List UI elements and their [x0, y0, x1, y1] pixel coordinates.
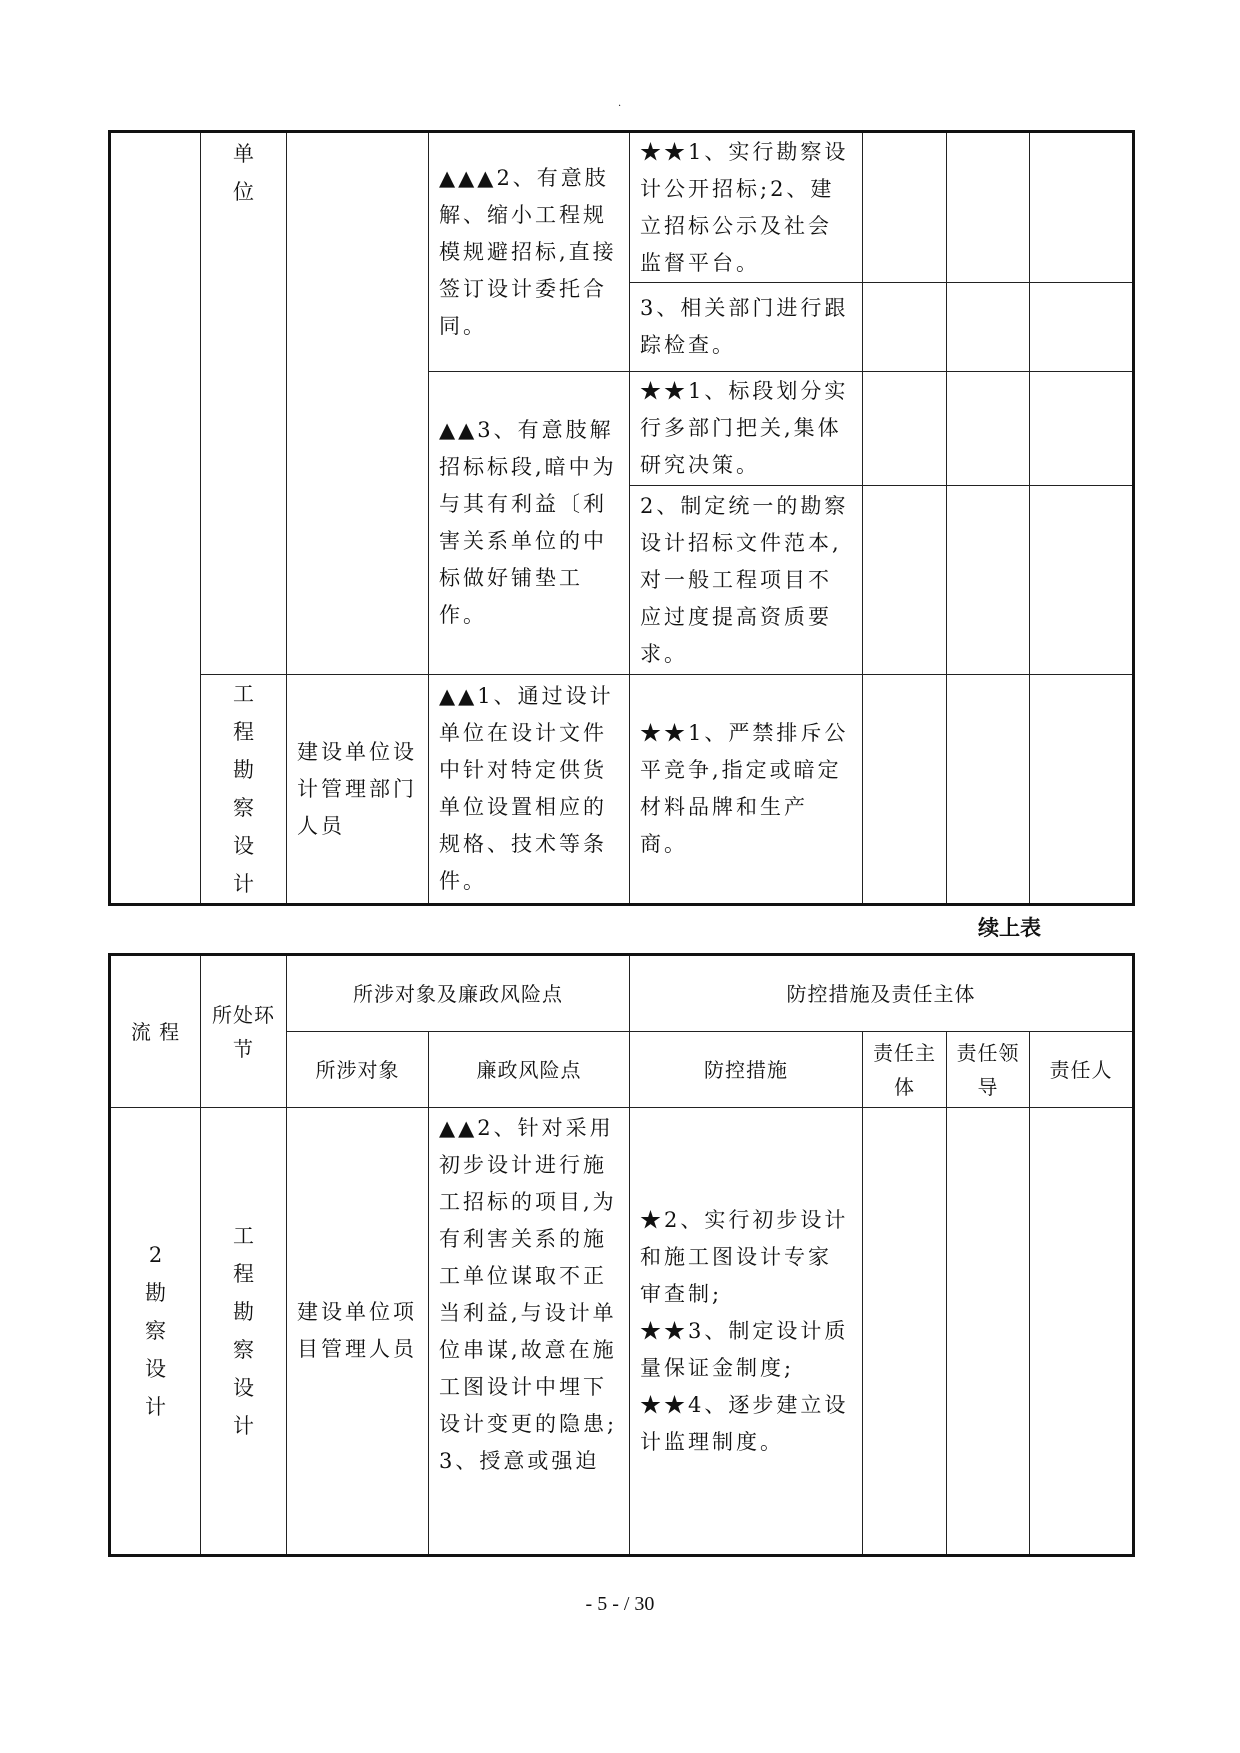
risk-cell: ▲▲3、有意肢解招标标段,暗中为与其有利益〔利害关系单位的中标做好铺垫工作。	[429, 372, 630, 675]
measure-item: ★★3、制定设计质量保证金制度;	[640, 1313, 852, 1387]
resp-leader-cell	[947, 675, 1030, 905]
resp-leader-cell	[947, 132, 1030, 283]
measure-cell: ★★1、标段划分实行多部门把关,集体研究决策。	[630, 372, 863, 486]
header-process: 流 程	[110, 955, 201, 1108]
risk-table-part2: 流 程 所处环节 所涉对象及廉政风险点 防控措施及责任主体 所涉对象 廉政风险点…	[108, 953, 1135, 1557]
resp-subject-cell	[863, 283, 947, 372]
measure-item: ★2、实行初步设计和施工图设计专家审查制;	[640, 1202, 852, 1313]
stage-cell: 工程勘察设计	[201, 675, 287, 905]
measure-item: ★★4、逐步建立设计监理制度。	[640, 1387, 852, 1461]
resp-person-cell	[1030, 372, 1134, 486]
resp-subject-cell	[863, 132, 947, 283]
resp-person-cell	[1030, 675, 1134, 905]
resp-person-cell	[1030, 486, 1134, 675]
header-object: 所涉对象	[287, 1032, 429, 1108]
resp-subject-cell	[863, 486, 947, 675]
page-number: - 5 - / 30	[0, 1593, 1240, 1616]
measure-cell: ★★1、实行勘察设计公开招标;2、建立招标公示及社会监督平台。	[630, 132, 863, 283]
measure-cell: ★2、实行初步设计和施工图设计专家审查制; ★★3、制定设计质量保证金制度; ★…	[630, 1108, 863, 1556]
header-resp-leader: 责任领导	[947, 1032, 1030, 1108]
resp-person-cell	[1030, 1108, 1134, 1556]
header-measure: 防控措施	[630, 1032, 863, 1108]
resp-subject-cell	[863, 675, 947, 905]
header-resp-subject: 责任主体	[863, 1032, 947, 1108]
object-cell: 建设单位设计管理部门人员	[287, 675, 429, 905]
resp-leader-cell	[947, 1108, 1030, 1556]
process-cell-empty	[110, 132, 201, 905]
risk-cell: ▲▲2、针对采用初步设计进行施工招标的项目,为有利害关系的施工单位谋取不正当利益…	[429, 1108, 630, 1556]
resp-subject-cell	[863, 372, 947, 486]
header-mark: .	[618, 98, 621, 109]
object-cell-empty	[287, 132, 429, 675]
stage-cell-unit: 单位	[201, 132, 287, 675]
measure-cell: ★★1、严禁排斥公平竞争,指定或暗定材料品牌和生产商。	[630, 675, 863, 905]
process-cell: 2勘察设计	[110, 1108, 201, 1556]
resp-leader-cell	[947, 486, 1030, 675]
resp-person-cell	[1030, 132, 1134, 283]
risk-cell: ▲▲▲2、有意肢解、缩小工程规模规避招标,直接签订设计委托合同。	[429, 132, 630, 372]
resp-leader-cell	[947, 372, 1030, 486]
resp-leader-cell	[947, 283, 1030, 372]
resp-subject-cell	[863, 1108, 947, 1556]
resp-person-cell	[1030, 283, 1134, 372]
header-resp-person: 责任人	[1030, 1032, 1134, 1108]
risk-cell: ▲▲1、通过设计单位在设计文件中针对特定供货单位设置相应的规格、技术等条件。	[429, 675, 630, 905]
header-risk: 廉政风险点	[429, 1032, 630, 1108]
stage-cell: 工程勘察设计	[201, 1108, 287, 1556]
measure-cell: 2、制定统一的勘察设计招标文件范本,对一般工程项目不应过度提高资质要求。	[630, 486, 863, 675]
object-cell: 建设单位项目管理人员	[287, 1108, 429, 1556]
header-objects-risks: 所涉对象及廉政风险点	[287, 955, 630, 1032]
measure-cell: 3、相关部门进行跟踪检查。	[630, 283, 863, 372]
header-stage: 所处环节	[201, 955, 287, 1108]
risk-table-part1: 单位 ▲▲▲2、有意肢解、缩小工程规模规避招标,直接签订设计委托合同。 ★★1、…	[108, 130, 1135, 906]
header-controls-group: 防控措施及责任主体	[630, 955, 1134, 1032]
continued-label: 续上表	[978, 912, 1041, 942]
